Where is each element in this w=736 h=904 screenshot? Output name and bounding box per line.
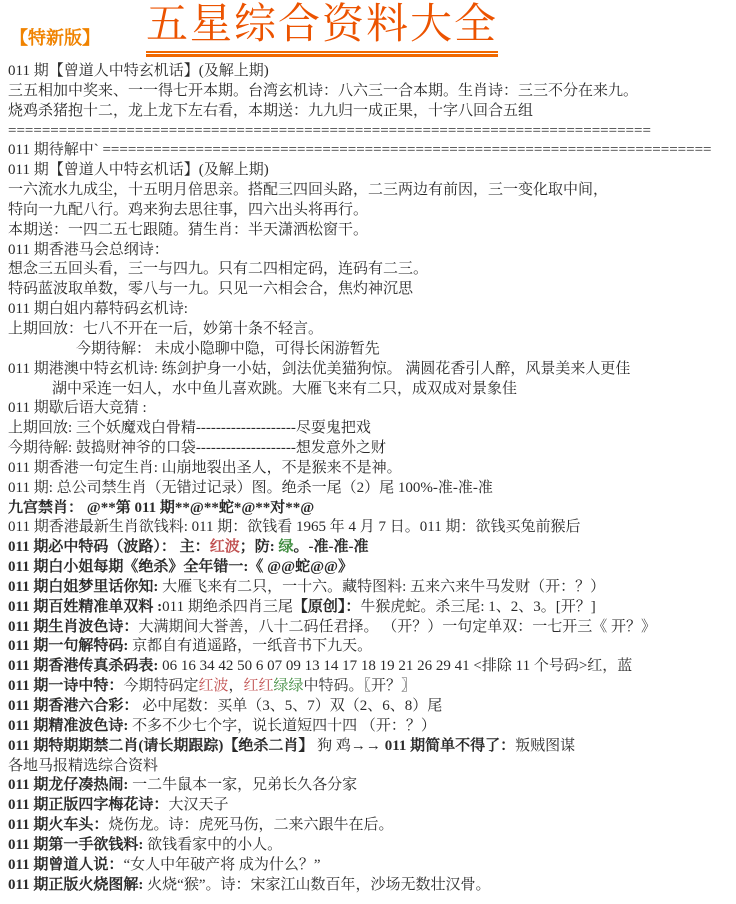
text-segment: 011 期一诗中特：	[8, 678, 123, 694]
text-segment: 011 期曾道人说：	[8, 857, 123, 873]
text-segment: 011 期白小姐每期《绝杀》全年错一:	[8, 559, 248, 575]
text-segment: 011 期特期期禁二肖(请长期跟踪)【绝杀二肖】	[8, 738, 313, 754]
text-line-4: ========================================…	[8, 122, 732, 142]
text-segment: 011 期第一手欲钱料:	[8, 837, 143, 853]
text-segment: 《 @@蛇@@》	[248, 559, 353, 575]
text-segment: 绿绿	[274, 678, 304, 694]
text-segment: 上期回放: 三个妖魔戏白骨精--------------------尽耍鬼把戏	[8, 420, 371, 436]
text-segment: 特码蓝波取单数，零八与一九。只见一六相会合，焦灼神沉思	[8, 281, 413, 297]
text-segment: 011 期香港一句定生肖: 山崩地裂出圣人，不是猴来不是神。	[8, 460, 402, 476]
text-segment: 011 期白姐内幕特码玄机诗:	[8, 301, 188, 317]
text-line-24: 011 期香港最新生肖欲钱料: 011 期：欲钱看 1965 年 4 月 7 日…	[8, 518, 732, 538]
text-line-7: 一六流水九成尘，十五明月倍思亲。搭配三四回头路，二三两边有前因，三一变化取中间，	[8, 181, 732, 201]
text-segment: 牛猴虎蛇。杀三尾: 1、2、3。[开？]	[360, 599, 595, 615]
text-segment: 011 期待解中` ==============================…	[8, 142, 712, 158]
text-segment: 狗 鸡→→	[313, 738, 384, 754]
text-line-31: 011 期香港传真杀码表: 06 16 34 42 50 6 07 09 13 …	[8, 657, 732, 677]
text-line-16: 011 期港澳中特玄机诗: 练剑护身一小姑，剑法优美猫狗惊。 满圆花香引人醉，风…	[8, 360, 732, 380]
text-line-12: 特码蓝波取单数，零八与一九。只见一六相会合，焦灼神沉思	[8, 280, 732, 300]
page-header: 【特新版】 五星综合资料大全	[0, 0, 736, 60]
text-line-8: 特向一九配八行。鸡来狗去思往事，四六出头将再行。	[8, 201, 732, 221]
text-line-22: 011 期: 总公司禁生肖（无错过记录）图。绝杀一尾（2）尾 100%-准-准-…	[8, 479, 732, 499]
lottery-info-page: 【特新版】 五星综合资料大全 011 期【曾道人中特玄机话】(及解上期)三五相加…	[0, 0, 736, 904]
text-segment: 欲钱看家中的小人。	[143, 837, 282, 853]
text-line-5: 011 期待解中` ==============================…	[8, 141, 732, 161]
text-line-20: 今期待解: 鼓捣财神爷的口袋--------------------想发意外之财	[8, 439, 732, 459]
text-segment: 想念三五回头看，三一与四九。只有二四相定码，连码有二三。	[8, 261, 428, 277]
text-segment: 必中尾数：买单（3、5、7）双（2、6、8）尾	[138, 698, 442, 714]
text-segment: 011 期生肖波色诗：	[8, 619, 138, 635]
text-segment: 一二牛鼠本一家，兄弟长久各分家	[128, 777, 357, 793]
text-line-6: 011 期【曾道人中特玄机话】(及解上期)	[8, 161, 732, 181]
text-segment: 06 16 34 42 50 6 07 09 13 14 17 18 19 21…	[158, 658, 632, 674]
text-segment: 不多不少七个字，说长道短四十四 （开：？）	[128, 718, 436, 734]
text-segment: 011 期香港传真杀码表:	[8, 658, 158, 674]
text-line-34: 011 期精准波色诗: 不多不少七个字，说长道短四十四 （开：？）	[8, 717, 732, 737]
text-line-13: 011 期白姐内幕特码玄机诗:	[8, 300, 732, 320]
text-line-36: 各地马报精选综合资料	[8, 757, 732, 777]
text-segment: 红红	[243, 678, 273, 694]
text-segment: “女人中年破产将 成为什么？”	[123, 857, 320, 873]
text-segment: 今期待解： 未成小隐聊中隐，可得长闲游暂先	[76, 341, 380, 357]
text-segment: 011 期【曾道人中特玄机话】(及解上期)	[8, 63, 269, 79]
page-title-text: 五星综合资料大全	[146, 2, 498, 53]
text-line-41: 011 期曾道人说：“女人中年破产将 成为什么？”	[8, 856, 732, 876]
text-line-17: 湖中采连一妇人，水中鱼儿喜欢跳。大雁飞来有二只，成双成对景象佳	[8, 380, 732, 400]
text-line-23: 九宫禁肖： @**第 011 期**@**蛇*@**对**@	[8, 499, 732, 519]
text-line-3: 烧鸡杀猪抱十二，龙上龙下左右看，本期送：九九归一成正果，十字八回合五组	[8, 102, 732, 122]
text-segment: 011 期正版火烧图解:	[8, 877, 143, 893]
text-segment: 火烧“猴”。诗：宋家江山数百年，沙场无数壮汉骨。	[143, 877, 490, 893]
text-line-42: 011 期正版火烧图解: 火烧“猴”。诗：宋家江山数百年，沙场无数壮汉骨。	[8, 876, 732, 896]
text-segment: 烧鸡杀猪抱十二，龙上龙下左右看，本期送：九九归一成正果，十字八回合五组	[8, 103, 533, 119]
text-line-38: 011 期正版四字梅花诗：大汉天子	[8, 796, 732, 816]
text-segment: 011 期必中特码（波路）： 主：	[8, 539, 210, 555]
text-segment: 011 期精准波色诗:	[8, 718, 128, 734]
text-segment: 各地马报精选综合资料	[8, 758, 158, 774]
text-line-14: 上期回放：七八不开在一后，妙第十条不轻言。	[8, 320, 732, 340]
text-line-11: 想念三五回头看，三一与四九。只有二四相定码，连码有二三。	[8, 260, 732, 280]
text-segment: 九宫禁肖： @**第 011 期**@**蛇*@**对**@	[8, 500, 314, 516]
text-segment: 011 期: 总公司禁生肖（无错过记录）图。绝杀一尾（2）尾 100%-准-准-…	[8, 480, 493, 496]
text-line-21: 011 期香港一句定生肖: 山崩地裂出圣人，不是猴来不是神。	[8, 459, 732, 479]
page-title: 五星综合资料大全	[146, 2, 498, 57]
content-lines: 011 期【曾道人中特玄机话】(及解上期)三五相加中奖来、一一得七开本期。台湾玄…	[0, 60, 736, 895]
text-segment: 中特码。〖开？〗	[304, 678, 417, 694]
text-segment: 上期回放：七八不开在一后，妙第十条不轻言。	[8, 321, 323, 337]
text-segment: 011 期香港最新生肖欲钱料: 011 期：欲钱看 1965 年 4 月 7 日…	[8, 519, 581, 535]
text-segment: 011 期正版四字梅花诗：	[8, 797, 168, 813]
text-segment: 今期待解: 鼓捣财神爷的口袋--------------------想发意外之财	[8, 440, 386, 456]
text-segment: 红波	[210, 539, 240, 555]
text-line-33: 011 期香港六合彩： 必中尾数：买单（3、5、7）双（2、6、8）尾	[8, 697, 732, 717]
text-line-10: 011 期香港马会总纲诗：	[8, 241, 732, 261]
text-segment: 011 期火车头：	[8, 817, 108, 833]
text-segment: 湖中采连一妇人，水中鱼儿喜欢跳。大雁飞来有二只，成双成对景象佳	[52, 381, 517, 397]
text-segment: 大汉天子	[168, 797, 228, 813]
text-segment: 京都自有逍遥路，一纸音书下九天。	[128, 638, 372, 654]
edition-badge: 【特新版】	[10, 24, 100, 50]
text-segment: 011 期一句解特码:	[8, 638, 128, 654]
text-line-30: 011 期一句解特码: 京都自有逍遥路，一纸音书下九天。	[8, 637, 732, 657]
text-segment: 011 期简单不得了：	[385, 738, 515, 754]
text-line-37: 011 期龙仔凑热闹: 一二牛鼠本一家，兄弟长久各分家	[8, 776, 732, 796]
text-line-15: 今期待解： 未成小隐聊中隐，可得长闲游暂先	[8, 340, 732, 360]
text-segment: 大雁飞来有二只，一十六。藏特图料: 五来六来牛马发财（开：？）	[158, 579, 605, 595]
text-segment: 011 期香港马会总纲诗：	[8, 242, 169, 258]
text-segment: ========================================…	[8, 123, 651, 139]
text-segment: 011 期白姐梦里话你知:	[8, 579, 158, 595]
text-line-18: 011 期歇后语大竞猜 :	[8, 399, 732, 419]
text-line-9: 本期送：一四二五七跟随。猜生肖：半天潇洒松窗干。	[8, 221, 732, 241]
text-line-29: 011 期生肖波色诗：大满期间大誉善，八十二码任君择。 （开？）一句定单双：一七…	[8, 618, 732, 638]
text-segment: 011 期绝杀四肖三尾	[162, 599, 293, 615]
text-segment: 011 期香港六合彩：	[8, 698, 138, 714]
text-segment: 本期送：一四二五七跟随。猜生肖：半天潇洒松窗干。	[8, 222, 368, 238]
text-line-39: 011 期火车头：烧伤龙。诗：虎死马伤，二来六跟牛在后。	[8, 816, 732, 836]
text-line-19: 上期回放: 三个妖魔戏白骨精--------------------尽耍鬼把戏	[8, 419, 732, 439]
text-line-32: 011 期一诗中特：今期特码定红波，红红绿绿中特码。〖开？〗	[8, 677, 732, 697]
text-line-27: 011 期白姐梦里话你知: 大雁飞来有二只，一十六。藏特图料: 五来六来牛马发财…	[8, 578, 732, 598]
text-line-35: 011 期特期期禁二肖(请长期跟踪)【绝杀二肖】 狗 鸡→→ 011 期简单不得…	[8, 737, 732, 757]
text-segment: 叛贼图谋	[515, 738, 575, 754]
text-segment: 绿	[278, 539, 293, 555]
text-segment: 011 期龙仔凑热闹:	[8, 777, 128, 793]
text-segment: 011 期港澳中特玄机诗: 练剑护身一小姑，剑法优美猫狗惊。 满圆花香引人醉，风…	[8, 361, 630, 377]
text-line-40: 011 期第一手欲钱料: 欲钱看家中的小人。	[8, 836, 732, 856]
text-segment: 011 期【曾道人中特玄机话】(及解上期)	[8, 162, 269, 178]
text-segment: 011 期歇后语大竞猜 :	[8, 400, 147, 416]
text-line-25: 011 期必中特码（波路）： 主：红波；防: 绿。-准-准-准	[8, 538, 732, 558]
text-line-1: 011 期【曾道人中特玄机话】(及解上期)	[8, 62, 732, 82]
text-segment: 三五相加中奖来、一一得七开本期。台湾玄机诗：八六三一合本期。生肖诗：三三不分在来…	[8, 83, 638, 99]
text-segment: 特向一九配八行。鸡来狗去思往事，四六出头将再行。	[8, 202, 368, 218]
text-segment: 一六流水九成尘，十五明月倍思亲。搭配三四回头路，二三两边有前因，三一变化取中间，	[8, 182, 608, 198]
text-segment: 【原创】：	[293, 599, 361, 615]
text-segment: 烧伤龙。诗：虎死马伤，二来六跟牛在后。	[108, 817, 393, 833]
text-line-28: 011 期百姓精准单双料 :011 期绝杀四肖三尾【原创】：牛猴虎蛇。杀三尾: …	[8, 598, 732, 618]
text-segment: 红波	[198, 678, 228, 694]
text-segment: ，	[228, 678, 243, 694]
text-segment: 今期特码定	[123, 678, 198, 694]
text-line-2: 三五相加中奖来、一一得七开本期。台湾玄机诗：八六三一合本期。生肖诗：三三不分在来…	[8, 82, 732, 102]
text-segment: ；防:	[240, 539, 279, 555]
text-line-26: 011 期白小姐每期《绝杀》全年错一:《 @@蛇@@》	[8, 558, 732, 578]
text-segment: 大满期间大誉善，八十二码任君择。 （开？）一句定单双：一七开三《 开？》	[138, 619, 656, 635]
text-segment: 。-准-准-准	[293, 539, 368, 555]
text-segment: 011 期百姓精准单双料 :	[8, 599, 162, 615]
